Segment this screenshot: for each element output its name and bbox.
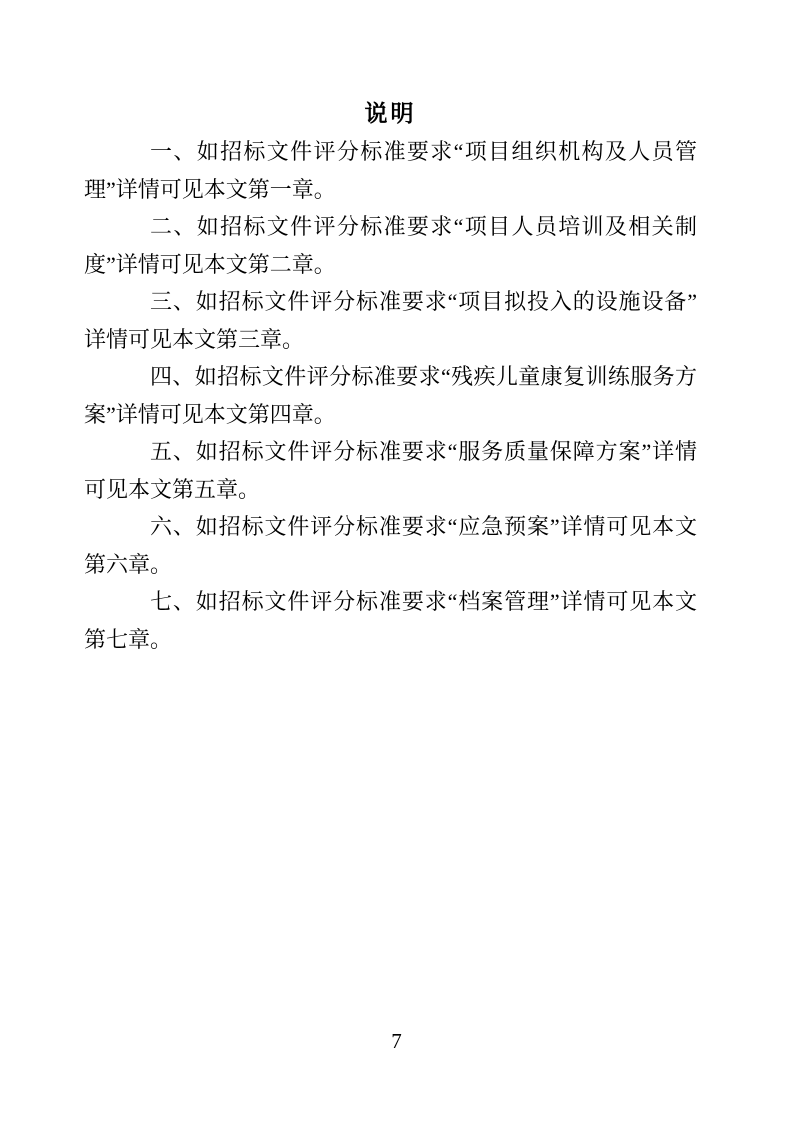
paragraph: 五、如招标文件评分标准要求“服务质量保障方案”详情可见本文第五章。 xyxy=(84,433,697,508)
paragraph: 三、如招标文件评分标准要求“项目拟投入的设施设备”详情可见本文第三章。 xyxy=(84,283,697,358)
document-body: 说明 一、如招标文件评分标准要求“项目组织机构及人员管理”详情可见本文第一章。 … xyxy=(0,0,793,658)
document-page: 说明 一、如招标文件评分标准要求“项目组织机构及人员管理”详情可见本文第一章。 … xyxy=(0,0,793,1122)
paragraph: 七、如招标文件评分标准要求“档案管理”详情可见本文第七章。 xyxy=(84,583,697,658)
paragraph: 一、如招标文件评分标准要求“项目组织机构及人员管理”详情可见本文第一章。 xyxy=(84,133,697,208)
paragraph: 四、如招标文件评分标准要求“残疾儿童康复训练服务方案”详情可见本文第四章。 xyxy=(84,358,697,433)
page-title: 说明 xyxy=(84,95,697,133)
paragraph: 二、如招标文件评分标准要求“项目人员培训及相关制度”详情可见本文第二章。 xyxy=(84,208,697,283)
paragraph: 六、如招标文件评分标准要求“应急预案”详情可见本文第六章。 xyxy=(84,508,697,583)
page-number: 7 xyxy=(0,1028,793,1054)
